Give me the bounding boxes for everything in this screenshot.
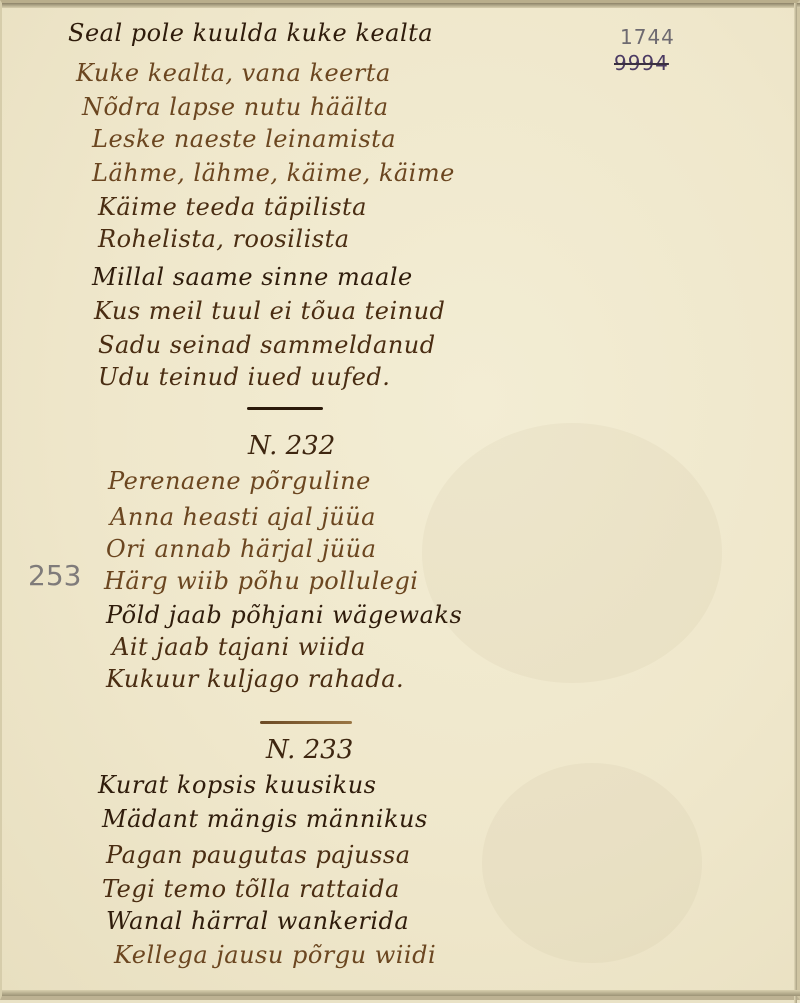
poem-number-233: N. 233 [266,735,353,765]
poem-line: Ori annab härjal jüüa [106,537,376,561]
poem-line: Kus meil tuul ei tõua teinud [94,299,445,323]
page-top-edge [2,3,800,8]
poem-line: Millal saame sinne maale [92,265,413,289]
page-right-edge [794,3,797,1000]
manuscript-page: 1744 9994 Seal pole kuulda kuke kealta K… [0,0,800,1000]
poem-line: Perenaene põrguline [108,469,371,493]
poem-line: Kukuur kuljago rahada. [106,667,404,691]
poem-line: Tegi temo tõlla rattaida [102,877,400,901]
archive-number-current: 1744 [620,25,675,49]
poem-line: Ait jaab tajani wiida [112,635,366,659]
poem-line: Wanal härral wankerida [106,909,409,933]
poem-line: Leske naeste leinamista [92,127,396,151]
poem-line: Pagan paugutas pajussa [106,843,411,867]
poem-number-232: N. 232 [248,431,335,461]
poem-line: Lähme, lähme, käime, käime [92,161,455,185]
poem-line: Mädant mängis männikus [102,807,428,831]
poem-line: Sadu seinad sammeldanud [98,333,436,357]
paper-stain [422,423,722,683]
section-separator [247,407,323,410]
poem-line: Udu teinud iued uufed. [98,365,390,389]
poem-line: Kuke kealta, vana keerta [76,61,391,85]
poem-line: Anna heasti ajal jüüa [110,505,376,529]
paper-stain [482,763,702,963]
poem-line: Seal pole kuulda kuke kealta [68,21,433,45]
page-bottom-edge [2,990,800,996]
archive-number-crossed-out: 9994 [614,51,669,75]
section-separator [260,721,352,724]
poem-line: Nõdra lapse nutu häälta [82,95,389,119]
poem-line: Põld jaab põhjani wägewaks [106,603,462,627]
poem-line: Rohelista, roosilista [98,227,350,251]
poem-line: Härg wiib põhu pollulegi [104,569,418,593]
margin-note-number: 253 [28,559,81,592]
poem-line: Kurat kopsis kuusikus [98,773,376,797]
poem-line: Käime teeda täpilista [98,195,367,219]
poem-line: Kellega jausu põrgu wiidi [114,943,436,967]
